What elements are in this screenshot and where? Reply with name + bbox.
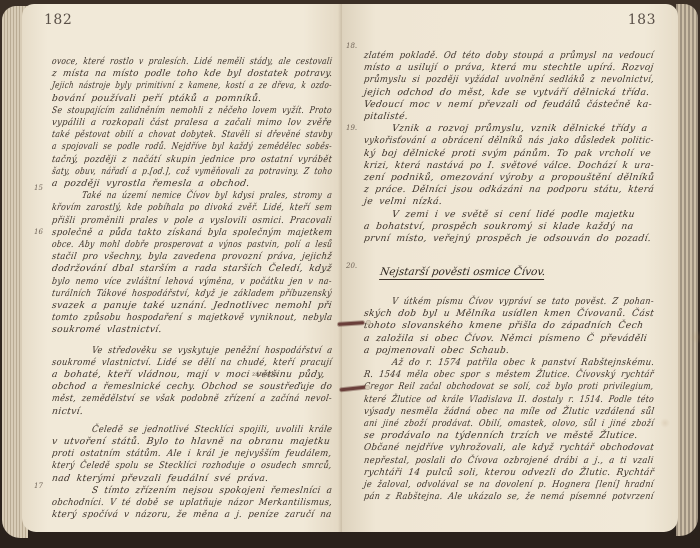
- handwritten-line: tačný, později z načátí skupin jednice p…: [51, 154, 333, 165]
- handwritten-line: Občané nejdříve vyhrožovali, ale když ry…: [363, 442, 655, 453]
- handwritten-line: a později vyrostla řemesla a obchod.: [51, 178, 250, 189]
- handwritten-line: které Žlutice od krále Vladislava II. do…: [363, 394, 655, 405]
- handwritten-line: Jejich nástroje byly primitivní z kamene…: [51, 80, 332, 91]
- handwritten-line: stačil pro všechny, byla zavedena provoz…: [51, 251, 333, 262]
- handwritten-line: je velmi nízká.: [363, 196, 443, 207]
- handwritten-line: nad kterými převzali feudální své práva.: [51, 473, 269, 484]
- handwritten-line: z místa na místo podle toho kde byl dost…: [51, 68, 333, 79]
- right-page-edge-stack: [676, 4, 698, 536]
- handwritten-line: Čeledě se jednotlivé Stecklíci spojili, …: [91, 424, 333, 435]
- insertion-note: zámeda: [252, 370, 277, 378]
- handwritten-line: který spočívá v názoru, že měna a j. pen…: [51, 509, 332, 520]
- left-page: 182 ovoce, které rostlo v pralesích. Lid…: [22, 4, 342, 532]
- handwritten-line: z práce. Dělníci jsou odkázáni na podpor…: [363, 184, 655, 195]
- margin-mark: 20.: [346, 262, 357, 270]
- handwritten-line: tohoto slovanského kmene přišla do západ…: [363, 320, 644, 331]
- handwritten-line: soukromé vlastnictví.: [51, 324, 162, 335]
- handwritten-line: se prodávalo na týdenních trzích ve měst…: [363, 430, 638, 441]
- handwritten-line: také pěstovat obilí a chovat dobytek. St…: [51, 129, 333, 140]
- handwritten-line: společně a půda takto získaná byla spole…: [51, 227, 333, 238]
- handwritten-line: jejich odchod do měst, kde se vytváří dě…: [363, 87, 650, 98]
- handwritten-line: bylo nemo více zvláštní lehová výměna, v…: [51, 276, 332, 287]
- handwritten-line: pán z Rabštejna. Ale ukázalo se, že nemá…: [363, 491, 654, 502]
- handwritten-line: nepřestal, poslali do Čívova ozbrojené d…: [363, 455, 654, 466]
- handwritten-line: tomto způsobu hospodaření s majetkově vy…: [51, 312, 333, 323]
- open-book-scan: 182 ovoce, které rostlo v pralesích. Lid…: [0, 0, 700, 548]
- section-heading: Nejstarší pověsti osmice Čívov.: [379, 266, 546, 280]
- handwritten-line: R. 1544 měla obec spor s městem Žlutice.…: [363, 369, 654, 380]
- handwritten-line: nictví.: [51, 406, 84, 417]
- handwritten-line: rychtáři 14 pulců soli, kterou odvezli d…: [363, 467, 655, 478]
- handwritten-line: zení podniků, omezování výroby a propouš…: [363, 172, 655, 183]
- handwritten-line: krizi, která nastává po I. světové válce…: [363, 160, 655, 171]
- handwritten-line: Také na území nemice Čívov byl kdysi pra…: [81, 190, 333, 201]
- handwritten-line: vypálili a rozkopali část pralesa a zača…: [51, 117, 332, 128]
- handwritten-line: bování používali peří ptáků a pomníků.: [51, 93, 262, 104]
- margin-mark: 18.: [346, 42, 357, 50]
- paper-stain: [660, 418, 670, 428]
- handwritten-line: dodržování dbal starším a rada starších …: [51, 263, 332, 274]
- handwritten-line: svazek a panuje také uznání. Jednotlivec…: [51, 300, 332, 311]
- handwritten-line: ký boj dělnické proti svým pánům. To pak…: [363, 148, 652, 159]
- handwritten-line: měst, zemědělství se však podobně zřízen…: [51, 393, 333, 404]
- handwritten-line: Až do r. 1574 patřila obec k panství Rab…: [391, 357, 655, 368]
- margin-mark: 17: [34, 482, 43, 490]
- handwritten-line: obce. Aby mohl dobře prosperovat a výnos…: [51, 239, 333, 250]
- handwritten-line: proti ostatním státům. Ale i král je nej…: [51, 448, 332, 459]
- margin-mark: 19.: [346, 124, 357, 132]
- handwritten-line: Gregor Reil začal obchodovat se solí, co…: [363, 381, 654, 392]
- handwritten-line: ských dob byl u Mělníka usídlen kmen Čív…: [363, 308, 655, 319]
- handwritten-line: Vedoucí moc v nemí převzali od feudálů č…: [363, 99, 653, 110]
- handwritten-line: pitalisté.: [363, 111, 409, 122]
- handwritten-line: zlatém pokladě. Od této doby stoupá a pr…: [363, 50, 654, 61]
- handwritten-line: a založila si obec Čívov. Němci písmeno …: [363, 333, 648, 344]
- margin-mark: 16: [34, 228, 43, 236]
- handwritten-line: šaty, obuv, nářadí a p.[od.], což vyměňo…: [51, 166, 333, 177]
- handwritten-line: v utvoření států. Bylo to hlavně na obra…: [51, 436, 331, 447]
- handwritten-line: obchod a řemeslnické cechy. Obchod se so…: [51, 381, 333, 392]
- handwritten-line: a bohatství, prospěch soukromý si klade …: [363, 221, 634, 232]
- handwritten-line: první místo, veřejný prospěch je odsouvá…: [363, 233, 652, 244]
- handwritten-line: který Čeledě spolu se Stecklíci rozhoduj…: [51, 460, 332, 471]
- handwritten-line: přišli proměnili prales v pole a vyslovi…: [51, 215, 332, 226]
- handwritten-line: vykořisťování a obrácení dělníků nás jak…: [363, 135, 654, 146]
- margin-mark: 15: [34, 184, 43, 192]
- handwritten-line: a spojovali se podle rodů. Nejdříve byl …: [51, 141, 332, 152]
- handwritten-line: turálních Tákové hospodářství, když je z…: [51, 288, 332, 299]
- page-number-left: 182: [44, 12, 72, 28]
- handwritten-line: ovoce, které rostlo v pralesích. Lidé ne…: [51, 56, 333, 67]
- handwritten-line: a pojmenovali obec Schaub.: [363, 345, 510, 356]
- right-page: 183 zlatém pokladě. Od této doby stoupá …: [342, 4, 678, 532]
- page-number-right: 183: [628, 12, 656, 28]
- paper-stain: [690, 330, 700, 344]
- handwritten-line: ani jiné zboží prodávat. Obilí, omastek,…: [363, 418, 655, 429]
- handwritten-line: obchodníci. V té době se uplatňuje názor…: [51, 497, 333, 508]
- handwritten-line: je žaloval, odvolával se na dovolení p. …: [363, 479, 654, 490]
- handwritten-line: soukromé vlastnictví. Lidé se dělí na ch…: [51, 357, 333, 368]
- handwritten-line: S tímto zřízením nejsou spokojeni řemesl…: [91, 485, 333, 496]
- handwritten-line: V zemi i ve světě si cení lidé podle maj…: [391, 209, 635, 220]
- handwritten-line: Ve středověku se vyskytuje peněžní hospo…: [91, 345, 333, 356]
- binding-hole: [366, 320, 371, 325]
- handwritten-line: křovím zarostlý, kde pobíhala po divoká …: [51, 202, 333, 213]
- handwritten-line: průmyslu si později vyžádal uvolnění sed…: [363, 74, 655, 85]
- handwritten-line: a bohaté, kteří vládnou, mají v moci vět…: [51, 369, 325, 380]
- handwritten-line: výsady nesměla žádná obec na míle od Žlu…: [363, 406, 655, 417]
- handwritten-line: Vznik a rozvoj průmyslu, vznik dělnické …: [391, 123, 648, 134]
- handwritten-line: místo a usilují o práva, která mu stecht…: [363, 62, 654, 73]
- binding-hole: [365, 385, 370, 390]
- handwritten-line: Se stoupajícím zalidněním nemohli z něče…: [51, 105, 332, 116]
- handwritten-line: V útkém písmu Čívov vypráví se tato pově…: [391, 296, 654, 307]
